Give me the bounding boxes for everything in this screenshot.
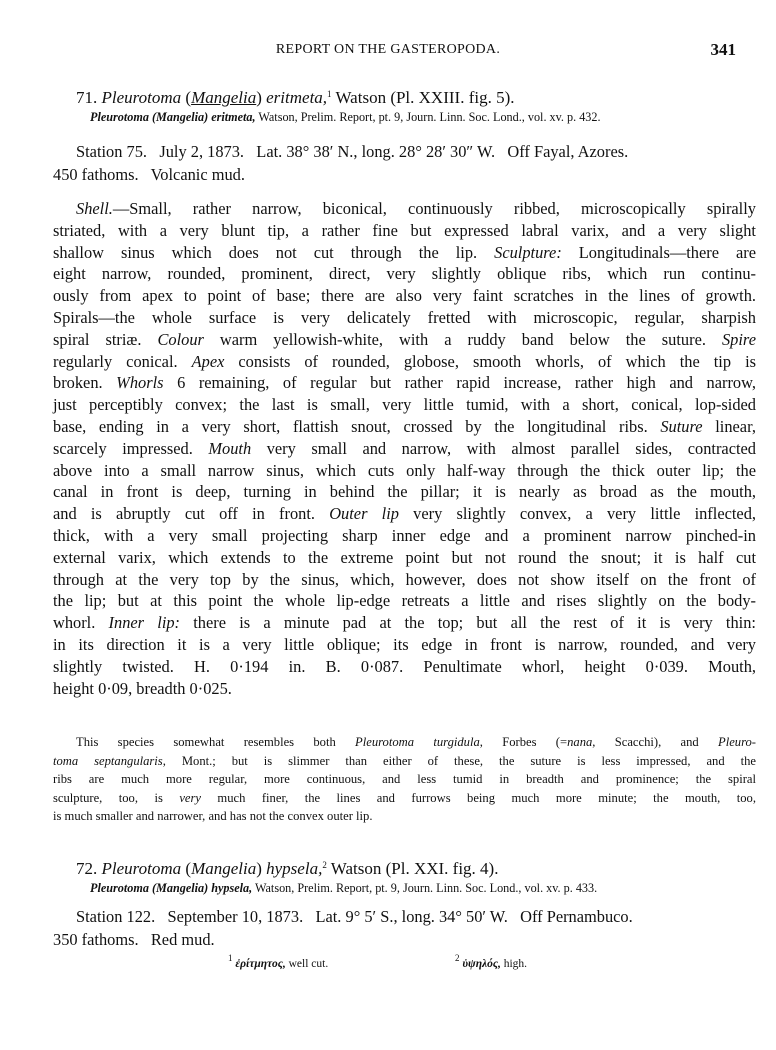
text-run: ously from apex to point of base; there … [53, 286, 756, 305]
footnote-meaning: well cut. [289, 958, 329, 970]
species-72-heading: 72. Pleurotoma (Mangelia) hypsela,2 Wats… [76, 858, 756, 896]
genus: Pleurotoma [102, 88, 182, 107]
text-run: just perceptibly convex; the last is sma… [53, 395, 756, 414]
text-run: base, ending in a very short, flattish s… [53, 417, 660, 436]
text-run: striated, with a very blunt tip, a rathe… [53, 221, 756, 240]
text-run: is much smaller and narrower, and has no… [53, 809, 373, 823]
text-line: ously from apex to point of base; there … [53, 285, 756, 307]
text-line: height 0·09, breadth 0·025. [53, 678, 756, 700]
text-run: above into a small narrow sinus, which c… [53, 461, 756, 480]
text-run: slightly twisted. H. 0·194 in. B. 0·087.… [53, 657, 756, 676]
italic-term: toma septangularis [53, 754, 163, 768]
text-run: warm yellowish-white, with a ruddy band … [204, 330, 722, 349]
text-run: —Small, rather narrow, biconical, contin… [113, 199, 756, 218]
text-line: ribs are much more regular, more continu… [53, 770, 756, 789]
document-page: REPORT ON THE GASTEROPODA. 341 71. Pleur… [0, 0, 776, 1050]
text-line: eight narrow, rounded, prominent, direct… [53, 263, 756, 285]
italic-term: very [179, 791, 201, 805]
text-line: This species somewhat resembles both Ple… [53, 733, 756, 752]
station-line-1: Station 122. September 10, 1873. Lat. 9°… [53, 905, 756, 928]
text-line: regularly conical. Apex consists of roun… [53, 351, 756, 373]
text-run: This species somewhat resembles both [76, 735, 355, 749]
italic-term: Spire [722, 330, 756, 349]
text-line: sculpture, too, is very much finer, the … [53, 789, 756, 808]
text-run: and is abruptly cut off in front. [53, 504, 329, 523]
italic-term: Sculpture: [494, 243, 562, 262]
italic-term: Shell. [76, 199, 113, 218]
synonym-reference: Watson, Prelim. Report, pt. 9, Journ. Li… [258, 110, 600, 124]
text-run: much finer, the lines and furrows being … [201, 791, 756, 805]
footnote-mark: 1 [327, 89, 332, 99]
italic-term: Colour [157, 330, 203, 349]
text-run: there is a minute pad at the top; but al… [180, 613, 756, 632]
shell-description: Shell.—Small, rather narrow, biconical, … [53, 198, 756, 699]
text-line: striated, with a very blunt tip, a rathe… [53, 220, 756, 242]
station-line-2: 450 fathoms. Volcanic mud. [53, 163, 756, 186]
text-run: , Forbes (= [480, 735, 567, 749]
station-line-1: Station 75. July 2, 1873. Lat. 38° 38′ N… [53, 140, 756, 163]
text-run: spiral striæ. [53, 330, 157, 349]
text-run: in its direction it is a very little obl… [53, 635, 756, 654]
station-122: Station 122. September 10, 1873. Lat. 9°… [53, 905, 756, 951]
footnote-mark: 2 [455, 953, 460, 963]
species-number: 71. [76, 88, 97, 107]
genus: Pleurotoma [102, 859, 182, 878]
footnote-1: 1 ἐρίτμητος, well cut. [228, 958, 328, 970]
species-title: 72. Pleurotoma (Mangelia) hypsela,2 Wats… [76, 858, 756, 880]
text-line: broken. Whorls 6 remaining, of regular b… [53, 372, 756, 394]
species-title: 71. Pleurotoma (Mangelia) eritmeta,1 Wat… [76, 87, 756, 109]
text-run: ribs are much more regular, more continu… [53, 772, 756, 786]
footnote-mark: 1 [228, 953, 233, 963]
text-line: shallow sinus which does not cut through… [53, 242, 756, 264]
subgenus: Mangelia [191, 88, 256, 107]
species-71-heading: 71. Pleurotoma (Mangelia) eritmeta,1 Wat… [76, 87, 756, 125]
greek-word: ὑψηλός, [462, 958, 500, 970]
text-run: sculpture, too, is [53, 791, 179, 805]
text-run: broken. [53, 373, 116, 392]
running-head: REPORT ON THE GASTEROPODA. 341 [0, 42, 776, 62]
text-line: through at the very top by the sinus, wh… [53, 569, 756, 591]
italic-term: nana [567, 735, 592, 749]
italic-term: Inner lip: [109, 613, 180, 632]
author-plate: Watson (Pl. XXI. fig. 4). [331, 859, 499, 878]
text-run: Spirals—the whole surface is very delica… [53, 308, 756, 327]
text-line: external varix, which extends to the ext… [53, 547, 756, 569]
footnote-2: 2 ὑψηλός, high. [455, 958, 527, 970]
text-run: , Scacchi), and [592, 735, 718, 749]
epithet: hypsela, [266, 859, 322, 878]
subgenus: Mangelia [191, 859, 256, 878]
text-run: Longitudinals—there are [562, 243, 756, 262]
synonym-name: Pleurotoma (Mangelia) hypsela, [90, 881, 252, 895]
text-line: toma septangularis, Mont.; but is slimme… [53, 752, 756, 771]
italic-term: Suture [660, 417, 702, 436]
station-line-2: 350 fathoms. Red mud. [53, 928, 756, 951]
italic-term: Pleuro- [718, 735, 756, 749]
text-run: shallow sinus which does not cut through… [53, 243, 494, 262]
author-plate: Watson (Pl. XXIII. fig. 5). [336, 88, 515, 107]
italic-term: Outer lip [329, 504, 399, 523]
remarks-paragraph: This species somewhat resembles both Ple… [53, 733, 756, 826]
text-run: through at the very top by the sinus, wh… [53, 570, 756, 589]
text-run: the lip; but at this point the whole lip… [53, 591, 756, 610]
text-line: scarcely impressed. Mouth very small and… [53, 438, 756, 460]
text-line: whorl. Inner lip: there is a minute pad … [53, 612, 756, 634]
footnote-meaning: high. [504, 958, 527, 970]
text-line: Spirals—the whole surface is very delica… [53, 307, 756, 329]
text-line: above into a small narrow sinus, which c… [53, 460, 756, 482]
text-line: Shell.—Small, rather narrow, biconical, … [53, 198, 756, 220]
text-line: is much smaller and narrower, and has no… [53, 807, 756, 826]
text-line: in its direction it is a very little obl… [53, 634, 756, 656]
page-number: 341 [711, 40, 737, 60]
italic-term: Apex [192, 352, 225, 371]
text-line: canal in front is deep, turning in behin… [53, 481, 756, 503]
text-run: height 0·09, breadth 0·025. [53, 679, 232, 698]
synonym-reference: Watson, Prelim. Report, pt. 9, Journ. Li… [255, 881, 597, 895]
text-run: eight narrow, rounded, prominent, direct… [53, 264, 756, 283]
text-line: spiral striæ. Colour warm yellowish-whit… [53, 329, 756, 351]
greek-word: ἐρίτμητος, [235, 958, 285, 970]
epithet: eritmeta, [266, 88, 327, 107]
text-run: very small and narrow, with almost paral… [251, 439, 756, 458]
italic-term: Pleurotoma turgidula [355, 735, 480, 749]
text-run: consists of rounded, globose, smooth who… [224, 352, 756, 371]
text-run: very slightly convex, a very little infl… [399, 504, 756, 523]
synonym-citation: Pleurotoma (Mangelia) eritmeta, Watson, … [76, 109, 756, 125]
text-line: and is abruptly cut off in front. Outer … [53, 503, 756, 525]
italic-term: Whorls [116, 373, 163, 392]
text-run: regularly conical. [53, 352, 192, 371]
italic-term: Mouth [208, 439, 251, 458]
text-line: the lip; but at this point the whole lip… [53, 590, 756, 612]
synonym-citation: Pleurotoma (Mangelia) hypsela, Watson, P… [76, 880, 756, 896]
text-run: , Mont.; but is slimmer than either of t… [163, 754, 756, 768]
text-line: just perceptibly convex; the last is sma… [53, 394, 756, 416]
species-number: 72. [76, 859, 97, 878]
text-run: external varix, which extends to the ext… [53, 548, 756, 567]
text-run: linear, [703, 417, 756, 436]
footnote-mark: 2 [322, 860, 327, 870]
text-line: base, ending in a very short, flattish s… [53, 416, 756, 438]
text-run: 6 remaining, of regular but rather rapid… [164, 373, 756, 392]
text-run: canal in front is deep, turning in behin… [53, 482, 756, 501]
text-run: scarcely impressed. [53, 439, 208, 458]
running-title: REPORT ON THE GASTEROPODA. [0, 42, 776, 58]
synonym-name: Pleurotoma (Mangelia) eritmeta, [90, 110, 256, 124]
text-run: whorl. [53, 613, 109, 632]
text-line: thick, with a very small projecting shar… [53, 525, 756, 547]
station-75: Station 75. July 2, 1873. Lat. 38° 38′ N… [53, 140, 756, 186]
text-line: slightly twisted. H. 0·194 in. B. 0·087.… [53, 656, 756, 678]
text-run: thick, with a very small projecting shar… [53, 526, 756, 545]
